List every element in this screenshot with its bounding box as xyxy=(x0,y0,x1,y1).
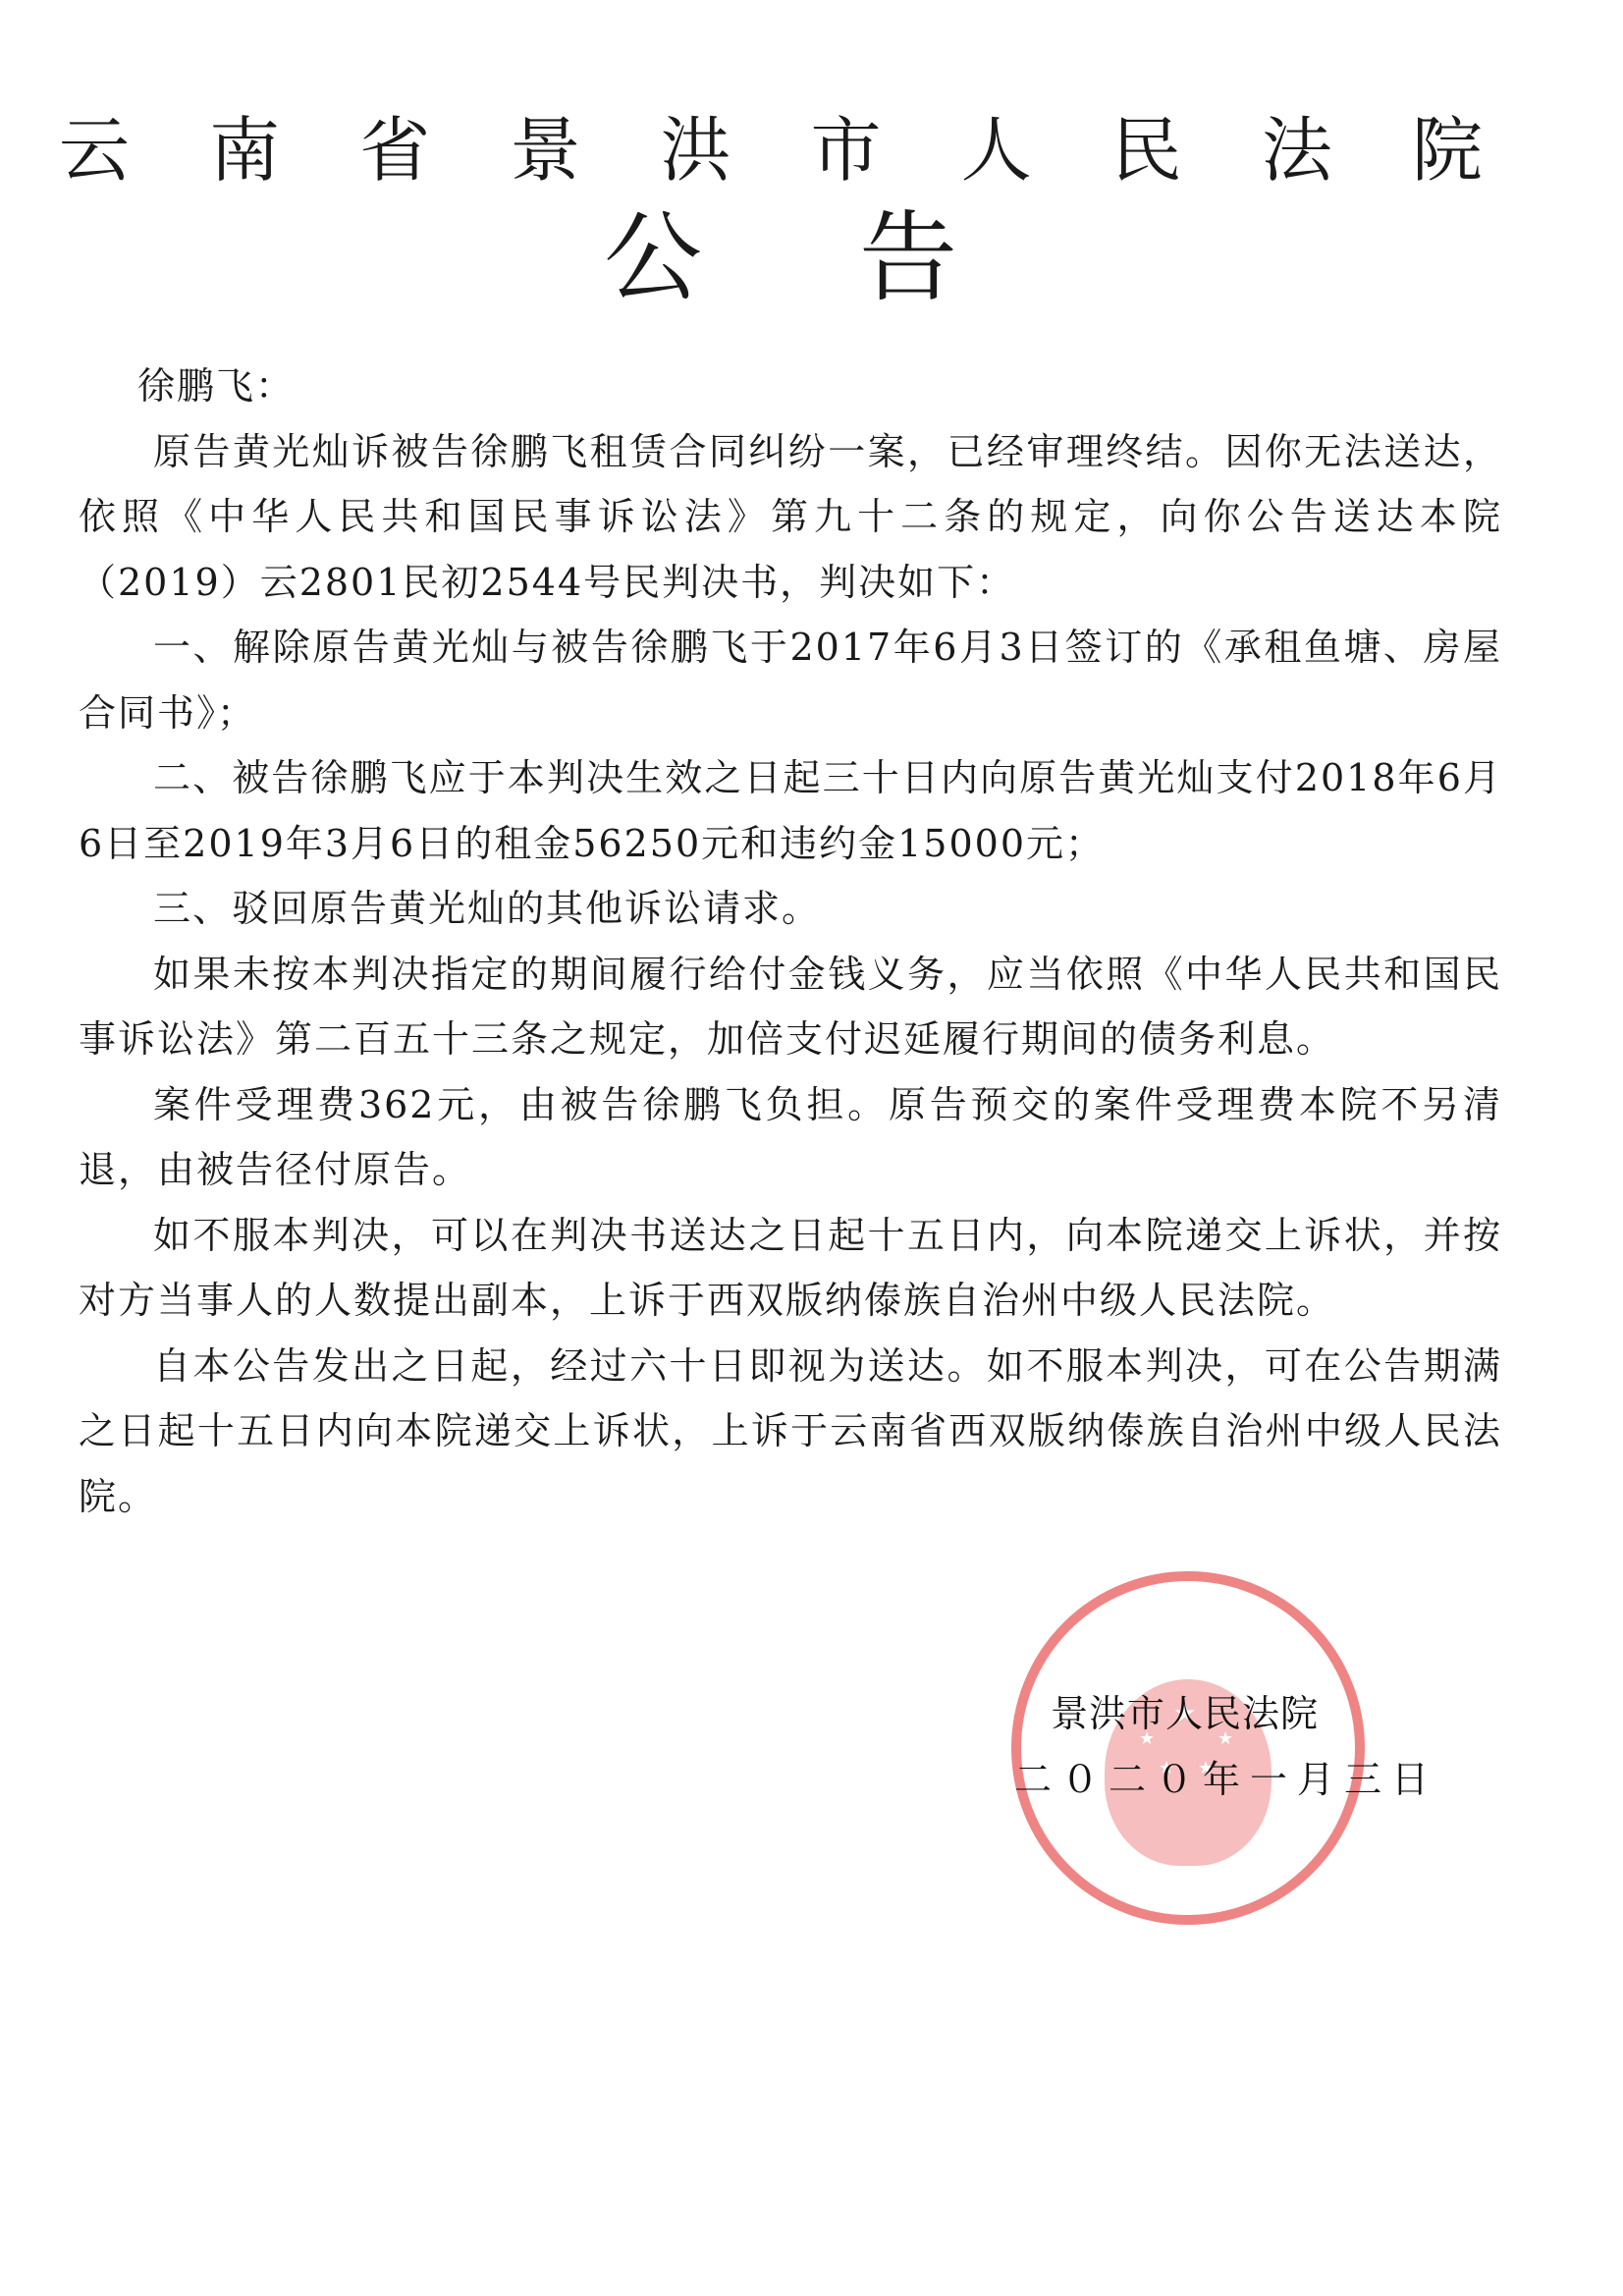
addressee: 徐鹏飞： xyxy=(79,354,1502,419)
court-name-char: 云 xyxy=(59,106,130,194)
court-name-char: 景 xyxy=(510,106,580,194)
paragraph-appeal: 如不服本判决，可以在判决书送达之日起十五日内，向本院递交上诉状，并按对方当事人的… xyxy=(79,1203,1502,1334)
signature-date: 二０二０年一月三日 xyxy=(1014,1757,1438,1802)
notice-title-char: 公 xyxy=(604,204,702,312)
court-name-char: 人 xyxy=(961,106,1032,194)
court-name-char: 省 xyxy=(359,106,430,194)
paragraph-fee: 案件受理费362元，由被告徐鹏飞负担。原告预交的案件受理费本院不另清退，由被告径… xyxy=(79,1072,1502,1203)
paragraph-ruling-2: 二、被告徐鹏飞应于本判决生效之日起三十日内向原告黄光灿支付2018年6月6日至2… xyxy=(79,745,1502,876)
notice-title-char: 告 xyxy=(859,204,957,312)
notice-body: 徐鹏飞： 原告黄光灿诉被告徐鹏飞租赁合同纠纷一案，已经审理终结。因你无法送达，依… xyxy=(79,354,1502,1529)
paragraph-interest: 如果未按本判决指定的期间履行给付金钱义务，应当依照《中华人民共和国民事诉讼法》第… xyxy=(79,942,1502,1072)
court-name-heading: 云 南 省 景 洪 市 人 民 法 院 xyxy=(59,106,1483,194)
paragraph-ruling-3: 三、驳回原告黄光灿的其他诉讼请求。 xyxy=(79,876,1502,942)
notice-title: 公 告 xyxy=(604,204,957,312)
court-name-char: 南 xyxy=(209,106,280,194)
court-name-char: 民 xyxy=(1111,106,1182,194)
court-name-char: 市 xyxy=(811,106,882,194)
signature-court: 景洪市人民法院 xyxy=(1051,1691,1319,1736)
paragraph-intro: 原告黄光灿诉被告徐鹏飞租赁合同纠纷一案，已经审理终结。因你无法送达，依照《中华人… xyxy=(79,419,1502,616)
paragraph-service: 自本公告发出之日起，经过六十日即视为送达。如不服本判决，可在公告期满之日起十五日… xyxy=(79,1334,1502,1530)
court-name-char: 法 xyxy=(1262,106,1332,194)
court-name-char: 洪 xyxy=(660,106,730,194)
court-seal: ★ ★ ★ ★ ★ xyxy=(1011,1571,1365,1925)
paragraph-ruling-1: 一、解除原告黄光灿与被告徐鹏飞于2017年6月3日签订的《承租鱼塘、房屋合同书》… xyxy=(79,615,1502,745)
court-name-char: 院 xyxy=(1412,106,1483,194)
